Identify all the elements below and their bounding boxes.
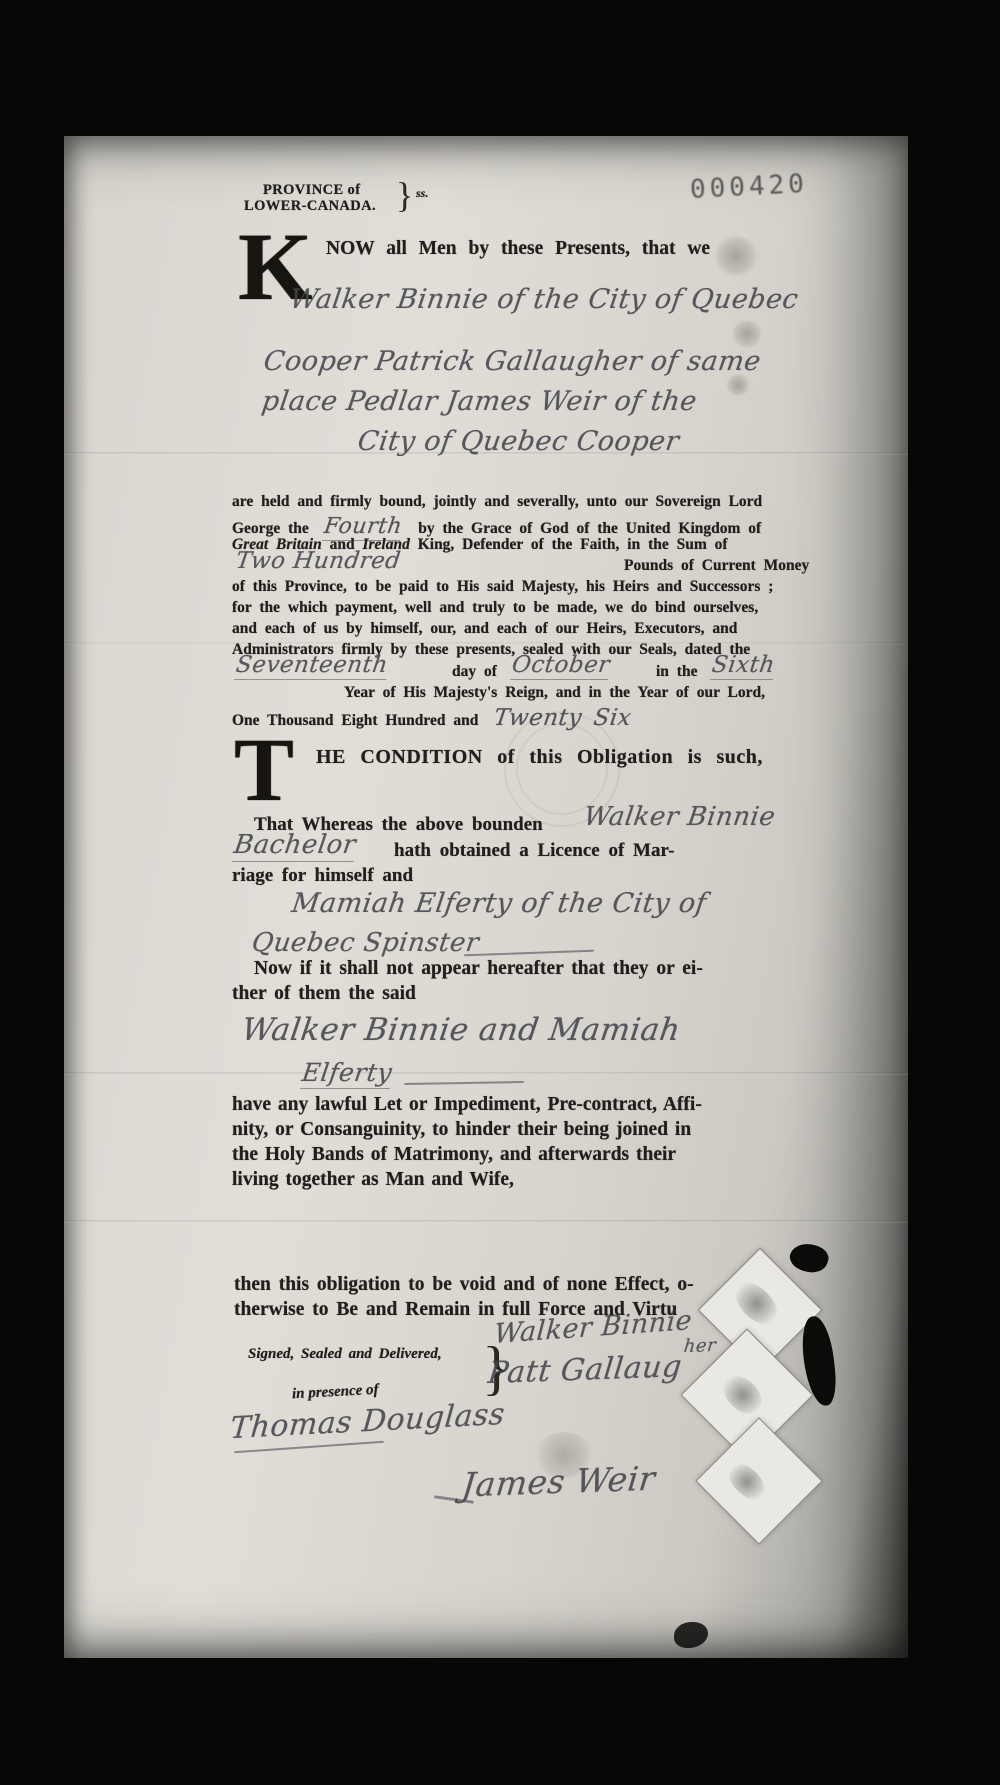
seal-smudge [716, 1368, 770, 1422]
hw-year: Twenty Six [492, 705, 633, 731]
fold-crease [64, 1072, 908, 1075]
bond-line-3-post: King, Defender of the Faith, in the Sum … [418, 536, 728, 553]
opening-line: NOW all Men by these Presents, that we [326, 238, 710, 260]
bond-line-7: and each of us by himself, our, and each… [232, 620, 737, 638]
handwritten-party-line-4: City of Quebec Cooper [356, 426, 681, 457]
dropcap-t: T [234, 734, 294, 808]
hw-groom-status: Bachelor [232, 830, 358, 862]
stain [726, 374, 750, 396]
signature-party-2-superscript: her [683, 1335, 718, 1357]
province-line-1: PROVINCE of [263, 182, 360, 199]
hw-day-of-month: Seventeenth [234, 652, 390, 680]
bond-line-5: of this Province, to be paid to His said… [232, 578, 773, 596]
seal-smudge [727, 1275, 785, 1333]
hw-month: October [510, 652, 612, 680]
seal-smudge [722, 1457, 771, 1506]
bond-line-10: Year of His Majesty's Reign, and in the … [344, 684, 765, 702]
flourish-line [464, 950, 594, 957]
handwritten-party-line-2: Cooper Patrick Gallaugher of same [262, 346, 763, 377]
impediment-line-3: the Holy Bands of Matrimony, and afterwa… [232, 1144, 676, 1166]
bond-line-6: for the which payment, well and truly to… [232, 599, 758, 617]
ink-blot [787, 1239, 832, 1277]
bond-line-2-pre: George the [232, 520, 309, 537]
stain [714, 236, 758, 276]
flourish-line [404, 1081, 524, 1085]
hw-couple-line-1: Walker Binnie and Mamiah [239, 1012, 682, 1048]
scan-background: PROVINCE of LOWER-CANADA. } ss. 000420 K… [0, 0, 1000, 1785]
closing-line-1: then this obligation to be void and of n… [234, 1274, 694, 1296]
document-page: PROVINCE of LOWER-CANADA. } ss. 000420 K… [64, 136, 908, 1658]
bond-line-4: Pounds of Current Money [624, 557, 809, 575]
attestation-line-2: in presence of [292, 1382, 379, 1404]
impediment-line-2: nity, or Consanguinity, to hinder their … [232, 1119, 691, 1141]
bond-line-9-inthe: in the [656, 663, 697, 681]
condition-line: HE CONDITION of this Obligation is such, [316, 746, 763, 769]
impediment-line-4: living together as Man and Wife, [232, 1169, 514, 1191]
now-if-line-2: ther of them the said [232, 983, 416, 1005]
wafer-seal [695, 1417, 822, 1544]
now-if-line-1: Now if it shall not appear hereafter tha… [254, 958, 703, 980]
signature-party-2: Patt Gallaugher [486, 1348, 716, 1391]
signature-witness: Thomas Douglass [229, 1397, 507, 1447]
handwritten-party-line-1: Walker Binnie of the City of Quebec [288, 284, 801, 315]
bond-line-2-post: by the Grace of God of the United Kingdo… [418, 520, 761, 537]
header-brace: } [396, 174, 413, 216]
signature-party-2-main: Patt Gallaug [486, 1349, 683, 1391]
bond-line-9-dayof: day of [452, 663, 497, 681]
hw-bride-line-1: Mamiah Elferty of the City of [290, 888, 709, 919]
stain [732, 320, 762, 348]
ss-abbrev: ss. [416, 186, 428, 201]
hw-bride-line-2: Quebec Spinster [250, 928, 481, 958]
hw-groom-name: Walker Binnie [582, 802, 777, 832]
hw-couple-line-2: Elferty [300, 1058, 394, 1089]
whereas-line-3: riage for himself and [232, 865, 413, 887]
impediment-line-1: have any lawful Let or Impediment, Pre-c… [232, 1094, 702, 1116]
stamp-number: 000420 [689, 169, 808, 205]
hw-sum-amount: Two Hundred [234, 548, 402, 574]
bond-line-1: are held and firmly bound, jointly and s… [232, 493, 762, 511]
handwritten-party-line-3: place Pedlar James Weir of the [260, 386, 699, 417]
fold-crease [64, 1220, 908, 1223]
attestation-line-1: Signed, Sealed and Delivered, [248, 1346, 442, 1363]
hw-regnal-year: Sixth [710, 652, 777, 680]
whereas-line-2: hath obtained a Licence of Mar- [394, 840, 675, 862]
signature-party-3: James Weir [460, 1459, 657, 1505]
ink-blot [674, 1622, 708, 1648]
